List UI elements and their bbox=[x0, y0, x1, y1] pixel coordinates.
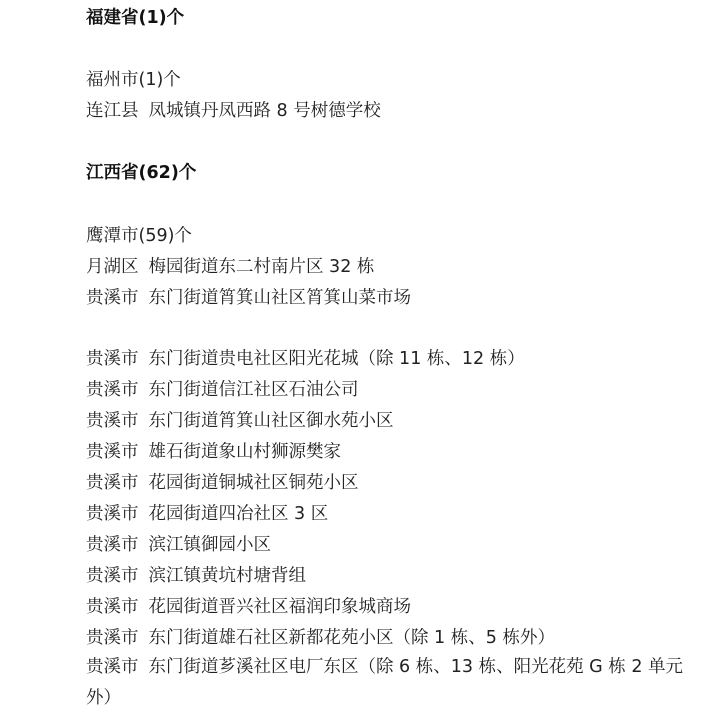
district-label: 贵溪市 bbox=[86, 657, 139, 677]
district-label: 贵溪市 bbox=[86, 504, 139, 524]
district-label: 贵溪市 bbox=[86, 411, 139, 431]
list-item: 贵溪市花园街道晋兴社区福润印象城商场 bbox=[86, 596, 411, 618]
list-item: 月湖区梅园街道东二村南片区 32 栋 bbox=[86, 256, 374, 278]
list-item: 贵溪市滨江镇黄坑村塘背组 bbox=[86, 565, 306, 587]
address-text: 花园街道四冶社区 3 区 bbox=[149, 504, 329, 524]
address-text: 东门街道芗溪社区电厂东区（除 6 栋、13 栋、阳光花苑 G 栋 2 单元外） bbox=[86, 657, 683, 708]
address-text: 花园街道铜城社区铜苑小区 bbox=[149, 473, 359, 493]
address-text: 梅园街道东二村南片区 32 栋 bbox=[149, 257, 375, 277]
district-label: 月湖区 bbox=[86, 257, 139, 277]
district-label: 贵溪市 bbox=[86, 442, 139, 462]
province-heading-jiangxi: 江西省(62)个 bbox=[86, 162, 196, 184]
list-item: 贵溪市东门街道雄石社区新都花苑小区（除 1 栋、5 栋外） bbox=[86, 627, 555, 649]
district-label: 贵溪市 bbox=[86, 288, 139, 308]
list-item: 贵溪市东门街道贵电社区阳光花城（除 11 栋、12 栋） bbox=[86, 348, 525, 370]
address-text: 凤城镇丹凤西路 8 号树德学校 bbox=[149, 101, 381, 121]
list-item: 连江县凤城镇丹凤西路 8 号树德学校 bbox=[86, 100, 381, 122]
address-text: 东门街道贵电社区阳光花城（除 11 栋、12 栋） bbox=[149, 349, 525, 369]
list-item: 贵溪市滨江镇御园小区 bbox=[86, 534, 271, 556]
district-label: 连江县 bbox=[86, 101, 139, 121]
district-label: 贵溪市 bbox=[86, 535, 139, 555]
address-text: 东门街道信江社区石油公司 bbox=[149, 380, 359, 400]
list-item: 贵溪市东门街道筲箕山社区筲箕山菜市场 bbox=[86, 287, 411, 309]
list-item: 贵溪市雄石街道象山村狮源樊家 bbox=[86, 441, 341, 463]
district-label: 贵溪市 bbox=[86, 473, 139, 493]
city-heading-yingtan: 鹰潭市(59)个 bbox=[86, 225, 192, 247]
list-item: 贵溪市东门街道芗溪社区电厂东区（除 6 栋、13 栋、阳光花苑 G 栋 2 单元… bbox=[86, 652, 686, 714]
address-text: 东门街道筲箕山社区御水苑小区 bbox=[149, 411, 394, 431]
list-item: 贵溪市花园街道铜城社区铜苑小区 bbox=[86, 472, 359, 494]
list-item: 贵溪市东门街道信江社区石油公司 bbox=[86, 379, 359, 401]
district-label: 贵溪市 bbox=[86, 597, 139, 617]
province-heading-fujian: 福建省(1)个 bbox=[86, 7, 184, 29]
address-text: 花园街道晋兴社区福润印象城商场 bbox=[149, 597, 412, 617]
district-label: 贵溪市 bbox=[86, 349, 139, 369]
address-text: 东门街道筲箕山社区筲箕山菜市场 bbox=[149, 288, 412, 308]
list-item: 贵溪市东门街道筲箕山社区御水苑小区 bbox=[86, 410, 394, 432]
city-heading-fuzhou: 福州市(1)个 bbox=[86, 69, 181, 91]
address-text: 滨江镇黄坑村塘背组 bbox=[149, 566, 307, 586]
address-text: 东门街道雄石社区新都花苑小区（除 1 栋、5 栋外） bbox=[149, 628, 555, 648]
district-label: 贵溪市 bbox=[86, 628, 139, 648]
address-text: 滨江镇御园小区 bbox=[149, 535, 272, 555]
address-text: 雄石街道象山村狮源樊家 bbox=[149, 442, 342, 462]
list-item: 贵溪市花园街道四冶社区 3 区 bbox=[86, 503, 328, 525]
district-label: 贵溪市 bbox=[86, 380, 139, 400]
district-label: 贵溪市 bbox=[86, 566, 139, 586]
